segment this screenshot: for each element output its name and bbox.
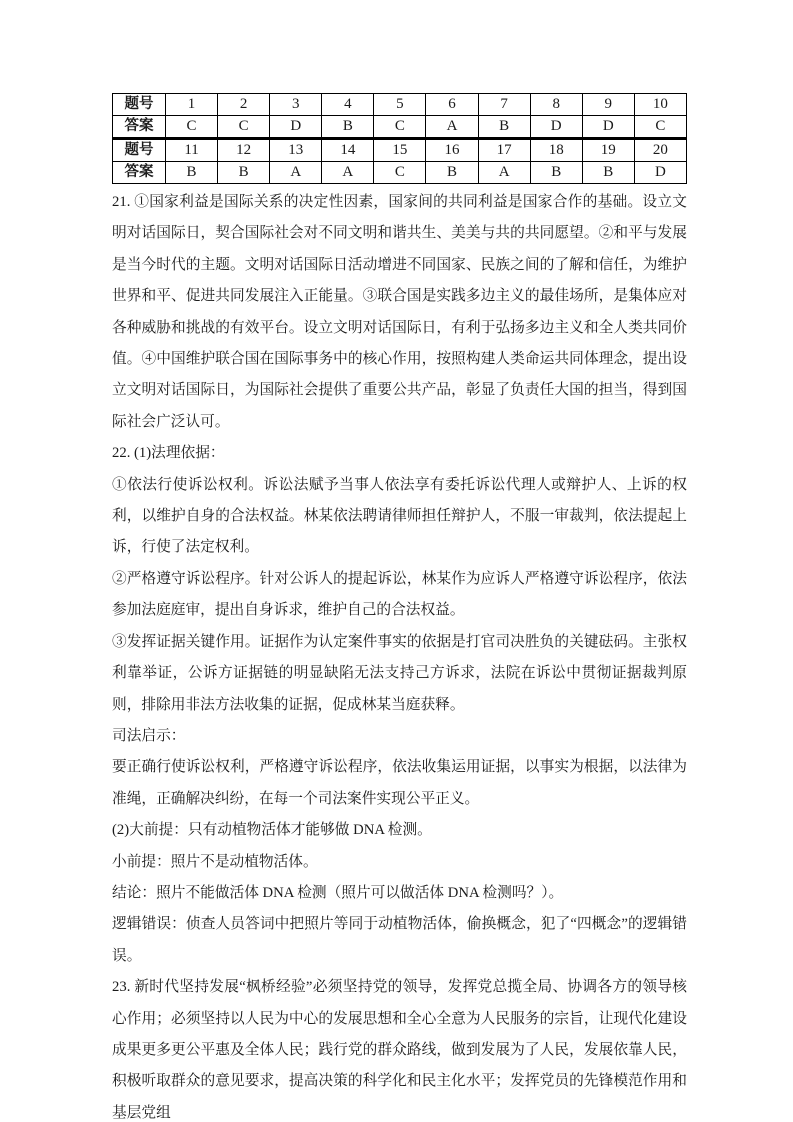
answers-text-block: 21. ①国家利益是国际关系的决定性因素，国家间的共同利益是国家合作的基础。设立… [112,187,687,1122]
question-number-cell: 6 [426,94,478,116]
answer-cell: B [166,162,218,184]
question-number-header-cell: 题号 [113,94,166,116]
question-number-header-cell: 题号 [113,139,166,162]
paragraph-q22-point-1: ①依法行使诉讼权利。诉讼法赋予当事人依法享有委托诉讼代理人或辩护人、上诉的权利，… [112,470,687,564]
answer-cell: A [322,162,374,184]
document-page: 题号 1 2 3 4 5 6 7 8 9 10 答案 C C D B C A B [0,0,793,1122]
answer-cell: B [426,162,478,184]
answer-cell: B [582,162,634,184]
question-number-cell: 8 [530,94,582,116]
paragraph-q22-heading: 22. (1)法理依据： [112,438,687,469]
paragraph-q22-logic-error: 逻辑错误：侦查人员答词中把照片等同于动植物活体，偷换概念，犯了“四概念”的逻辑错… [112,909,687,972]
question-number-cell: 4 [322,94,374,116]
answer-cell: A [478,162,530,184]
paragraph-q22-point-2: ②严格遵守诉讼程序。针对公诉人的提起诉讼，林某作为应诉人严格遵守诉讼程序，依法参… [112,564,687,627]
question-number-cell: 12 [218,139,270,162]
paragraph-q22-judicial-hint-text: 要正确行使诉讼权利，严格遵守诉讼程序，依法收集运用证据，以事实为根据，以法律为准… [112,752,687,815]
table-row: 答案 B B A A C B A B B D [113,162,687,184]
answer-cell: C [374,162,426,184]
document-content: 题号 1 2 3 4 5 6 7 8 9 10 答案 C C D B C A B [112,93,687,1122]
answer-header-cell: 答案 [113,116,166,139]
question-number-cell: 1 [166,94,218,116]
answer-header-cell: 答案 [113,162,166,184]
answer-cell: C [218,116,270,139]
question-number-cell: 7 [478,94,530,116]
question-number-cell: 18 [530,139,582,162]
question-number-cell: 11 [166,139,218,162]
question-number-cell: 17 [478,139,530,162]
answer-cell: B [218,162,270,184]
question-number-cell: 14 [322,139,374,162]
question-number-cell: 5 [374,94,426,116]
answer-cell: A [270,162,322,184]
paragraph-q22-major-premise: (2)大前提：只有动植物活体才能够做 DNA 检测。 [112,815,687,846]
answer-cell: C [166,116,218,139]
answer-cell: D [582,116,634,139]
paragraph-q22-conclusion: 结论：照片不能做活体 DNA 检测（照片可以做活体 DNA 检测吗？）。 [112,878,687,909]
question-number-cell: 19 [582,139,634,162]
paragraph-q23-answer: 23. 新时代坚持发展“枫桥经验”必须坚持党的领导，发挥党总揽全局、协调各方的领… [112,972,687,1122]
question-number-cell: 20 [634,139,686,162]
paragraph-q22-judicial-hint-label: 司法启示： [112,721,687,752]
answer-cell: D [270,116,322,139]
answer-cell: C [374,116,426,139]
answer-cell: B [530,162,582,184]
question-number-cell: 10 [634,94,686,116]
table-row: 题号 11 12 13 14 15 16 17 18 19 20 [113,139,687,162]
paragraph-q21-answer: 21. ①国家利益是国际关系的决定性因素，国家间的共同利益是国家合作的基础。设立… [112,187,687,438]
answer-cell: D [530,116,582,139]
question-number-cell: 2 [218,94,270,116]
question-number-cell: 9 [582,94,634,116]
table-row: 题号 1 2 3 4 5 6 7 8 9 10 [113,94,687,116]
question-number-cell: 13 [270,139,322,162]
question-number-cell: 16 [426,139,478,162]
answer-cell: B [322,116,374,139]
answer-key-table: 题号 1 2 3 4 5 6 7 8 9 10 答案 C C D B C A B [112,93,687,184]
table-row: 答案 C C D B C A B D D C [113,116,687,139]
answer-cell: A [426,116,478,139]
question-number-cell: 3 [270,94,322,116]
paragraph-q22-minor-premise: 小前提：照片不是动植物活体。 [112,847,687,878]
answer-cell: D [634,162,686,184]
question-number-cell: 15 [374,139,426,162]
paragraph-q22-point-3: ③发挥证据关键作用。证据作为认定案件事实的依据是打官司决胜负的关键砝码。主张权利… [112,627,687,721]
answer-cell: B [478,116,530,139]
answer-cell: C [634,116,686,139]
